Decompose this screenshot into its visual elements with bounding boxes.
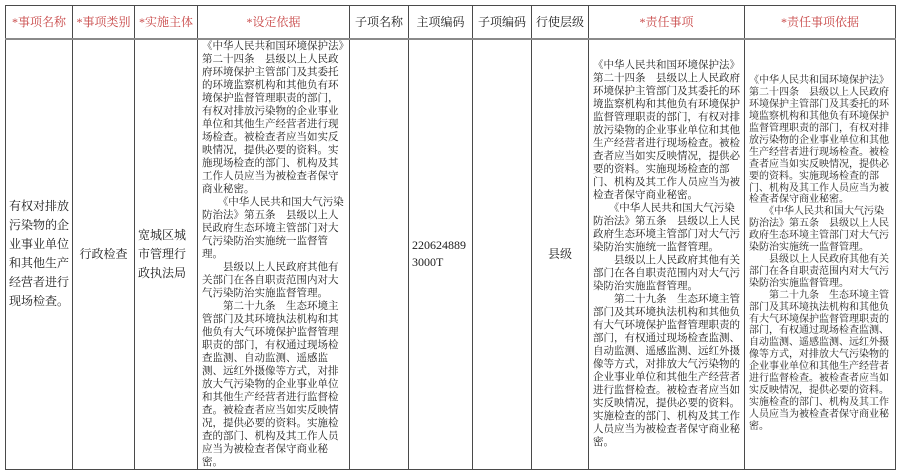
cell-setting-basis: 《中华人民共和国环境保护法》第二十四条 县级以上人民政府环境保护主管部门及其委托… [198,39,350,470]
cell-exercise-level: 县级 [532,39,589,470]
header-responsibility-basis: *责任事项依据 [745,6,896,39]
header-implementing-body: *实施主体 [135,6,198,39]
cell-responsibility-basis: 《中华人民共和国环境保护法》第二十四条 县级以上人民政府环境保护主管部门及其委托… [745,39,896,470]
header-item-category: *事项类别 [73,6,135,39]
cell-implementing-body: 宽城区城市管理行政执法局 [135,39,198,470]
duty-table: *事项名称 *事项类别 *实施主体 *设定依据 子项名称 主项编码 子项编码 行… [5,5,896,470]
header-responsibility-matters: *责任事项 [589,6,745,39]
cell-responsibility-matters: 《中华人民共和国环境保护法》第二十四条 县级以上人民政府环境保护主管部门及其委托… [589,39,745,470]
cell-main-item-code: 2206248893000T [409,39,473,470]
header-sub-item-code: 子项编码 [473,6,532,39]
cell-sub-item-code [473,39,532,470]
cell-item-category: 行政检查 [73,39,135,470]
cell-item-name: 有权对排放污染物的企业事业单位和其他生产经营者进行现场检查。 [6,39,73,470]
table-row: 有权对排放污染物的企业事业单位和其他生产经营者进行现场检查。 行政检查 宽城区城… [6,39,896,470]
cell-sub-item-name [350,39,409,470]
header-row: *事项名称 *事项类别 *实施主体 *设定依据 子项名称 主项编码 子项编码 行… [6,6,896,39]
header-item-name: *事项名称 [6,6,73,39]
header-setting-basis: *设定依据 [198,6,350,39]
header-exercise-level: 行使层级 [532,6,589,39]
header-sub-item-name: 子项名称 [350,6,409,39]
header-main-item-code: 主项编码 [409,6,473,39]
